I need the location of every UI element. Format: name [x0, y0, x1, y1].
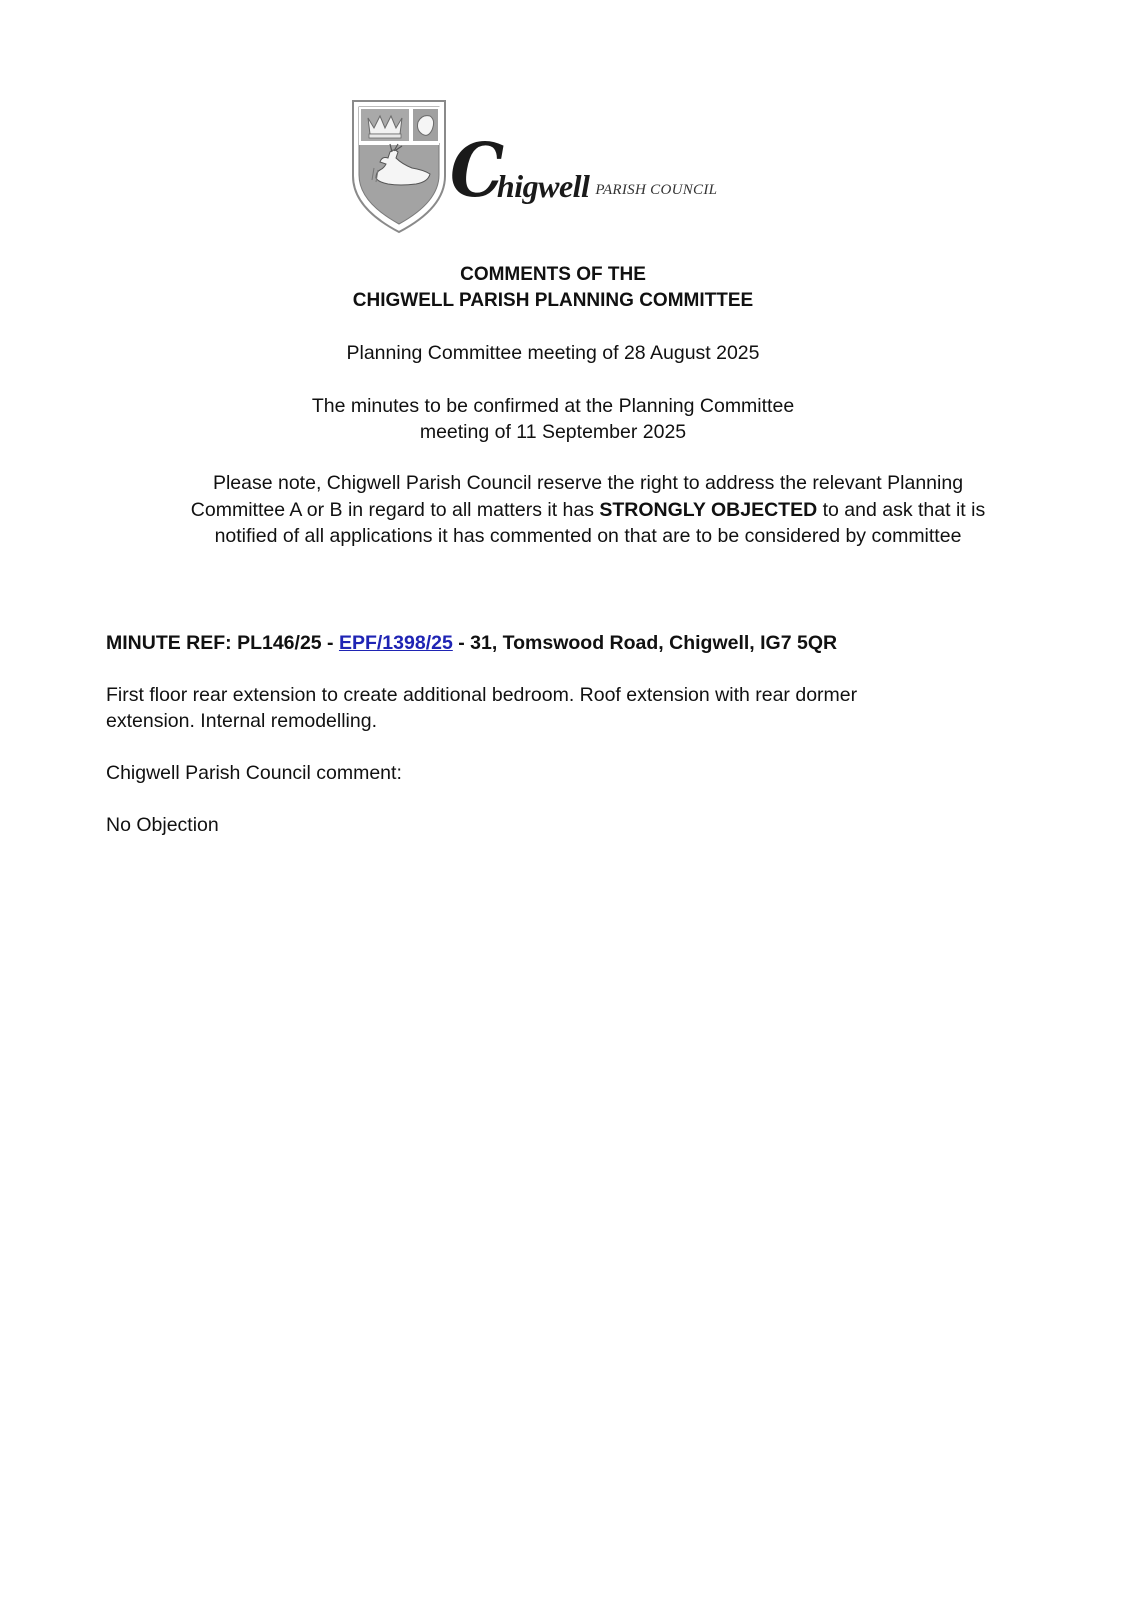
logo-initial: C	[450, 134, 501, 208]
document-page: ChigwellPARISH COUNCIL COMMENTS OF THE C…	[0, 0, 1130, 1600]
notice-paragraph: Please note, Chigwell Parish Council res…	[180, 470, 996, 550]
logo-wordmark: ChigwellPARISH COUNCIL	[450, 134, 717, 208]
minute-address: - 31, Tomswood Road, Chigwell, IG7 5QR	[453, 632, 837, 654]
minute-ref-prefix: MINUTE REF: PL146/25 -	[106, 632, 339, 654]
notice-emphasis: STRONGLY OBJECTED	[599, 499, 817, 521]
minute-ref-heading: MINUTE REF: PL146/25 - EPF/1398/25 - 31,…	[106, 630, 1006, 656]
title-line-2: CHIGWELL PARISH PLANNING COMMITTEE	[0, 288, 1106, 314]
minute-entry: MINUTE REF: PL146/25 - EPF/1398/25 - 31,…	[106, 630, 1006, 838]
letterhead: ChigwellPARISH COUNCIL	[350, 98, 780, 238]
council-comment-label: Chigwell Parish Council comment:	[106, 760, 1006, 786]
meeting-date: Planning Committee meeting of 28 August …	[0, 340, 1106, 366]
minutes-confirmation: The minutes to be confirmed at the Plann…	[0, 393, 1106, 445]
confirmation-line-1: The minutes to be confirmed at the Plann…	[0, 393, 1106, 419]
title-line-1: COMMENTS OF THE	[0, 262, 1106, 288]
confirmation-line-2: meeting of 11 September 2025	[0, 419, 1106, 445]
logo-subtitle: PARISH COUNCIL	[595, 183, 717, 198]
council-comment-value: No Objection	[106, 812, 1006, 838]
application-description: First floor rear extension to create add…	[106, 682, 926, 734]
parish-crest-shield-icon	[350, 98, 448, 234]
logo-name: higwell	[497, 170, 590, 202]
application-link[interactable]: EPF/1398/25	[339, 632, 453, 654]
document-title: COMMENTS OF THE CHIGWELL PARISH PLANNING…	[0, 262, 1106, 314]
